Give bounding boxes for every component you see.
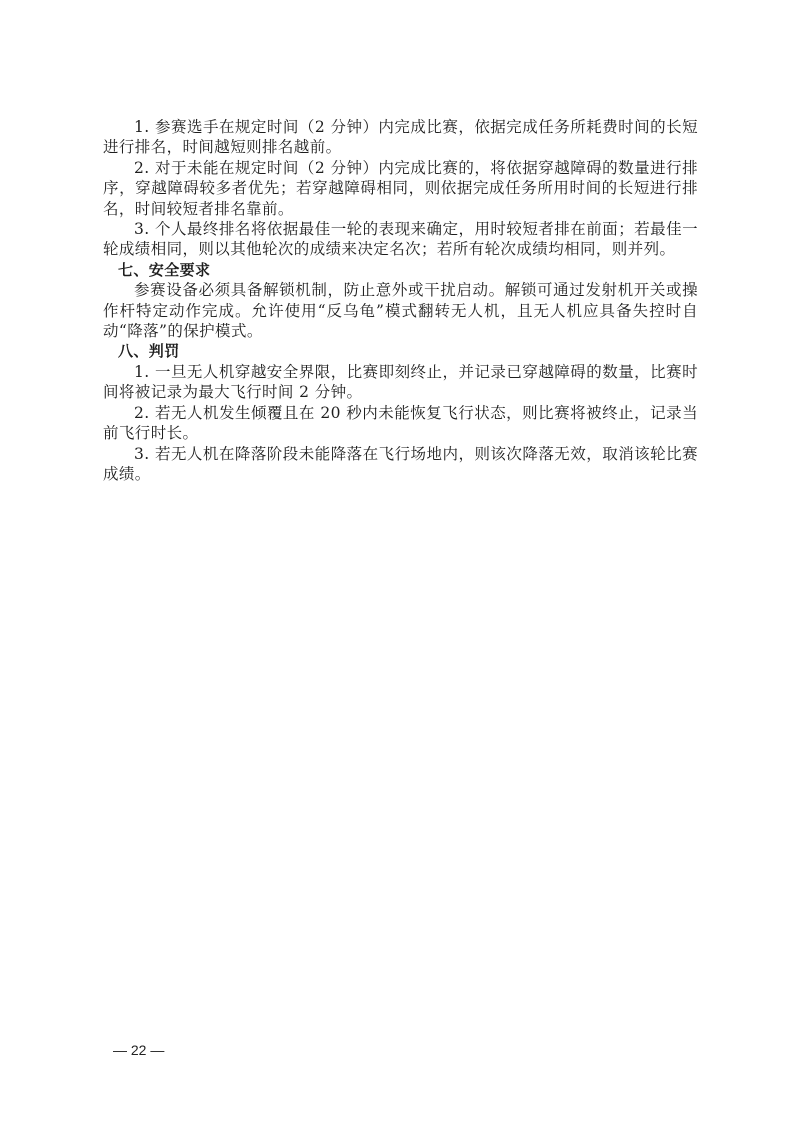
penalty-rule-3: 3. 若无人机在降落阶段未能降落在飞行场地内，则该次降落无效，取消该轮比赛成绩。 xyxy=(103,444,698,485)
safety-requirements-text: 参赛设备必须具备解锁机制，防止意外或干扰启动。解锁可通过发射机开关或操作杆特定动… xyxy=(103,280,698,341)
ranking-rule-1: 1. 参赛选手在规定时间（2 分钟）内完成比赛，依据完成任务所耗费时间的长短进行… xyxy=(103,117,698,158)
section-heading-penalties: 八、判罚 xyxy=(103,341,698,361)
document-body: 1. 参赛选手在规定时间（2 分钟）内完成比赛，依据完成任务所耗费时间的长短进行… xyxy=(103,117,698,484)
ranking-rule-3: 3. 个人最终排名将依据最佳一轮的表现来确定，用时较短者排在前面；若最佳一轮成绩… xyxy=(103,219,698,260)
penalty-rule-1: 1. 一旦无人机穿越安全界限，比赛即刻终止，并记录已穿越障碍的数量，比赛时间将被… xyxy=(103,362,698,403)
section-heading-safety: 七、安全要求 xyxy=(103,260,698,280)
ranking-rule-2: 2. 对于未能在规定时间（2 分钟）内完成比赛的，将依据穿越障碍的数量进行排序，… xyxy=(103,158,698,219)
penalty-rule-2: 2. 若无人机发生倾覆且在 20 秒内未能恢复飞行状态，则比赛将被终止，记录当前… xyxy=(103,403,698,444)
page-number: — 22 — xyxy=(113,1042,164,1058)
